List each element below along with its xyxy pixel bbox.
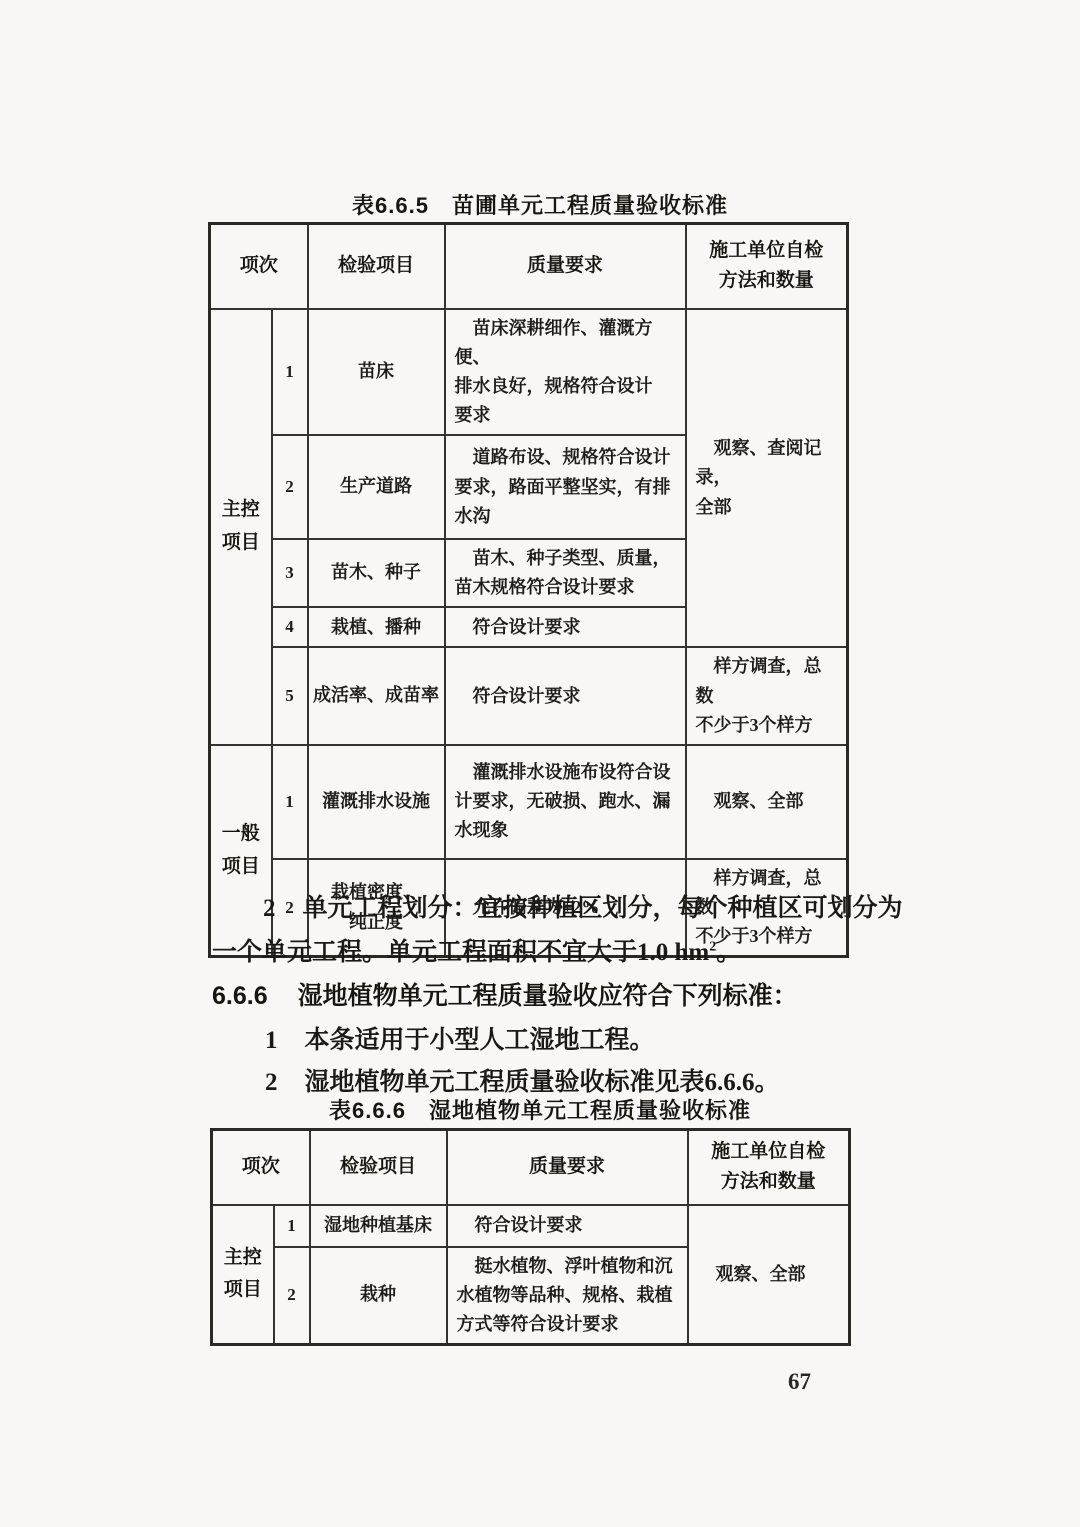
group-label-cell-main: 主控 项目 bbox=[212, 1205, 274, 1345]
clause-number: 6.6.6 bbox=[212, 982, 268, 1010]
header-cell-quality: 质量要求 bbox=[445, 224, 686, 309]
clause-6-6-6-heading: 6.6.6湿地植物单元工程质量验收应符合下列标准： bbox=[212, 981, 798, 1012]
row-number-cell: 2 bbox=[274, 1247, 310, 1345]
paragraph-unit-division-line2: 一个单元工程。单元工程面积不宜大于1.0 hm2。 bbox=[212, 937, 741, 968]
page-number: 67 bbox=[788, 1369, 811, 1395]
header-cell-method: 施工单位自检 方法和数量 bbox=[688, 1130, 850, 1205]
paragraph-text: 一个单元工程。单元工程面积不宜大于1.0 hm bbox=[212, 939, 709, 966]
inspection-item-cell: 成活率、成苗率 bbox=[308, 647, 445, 744]
header-cell-inspection: 检验项目 bbox=[310, 1130, 447, 1205]
clause-item-1: 1本条适用于小型人工湿地工程。 bbox=[265, 1025, 655, 1056]
inspection-item-cell: 苗床 bbox=[308, 309, 445, 436]
paragraph-text: 本条适用于小型人工湿地工程。 bbox=[305, 1027, 655, 1054]
quality-requirement-cell: 挺水植物、浮叶植物和沉 水植物等品种、规格、栽植 方式等符合设计要求 bbox=[447, 1247, 688, 1345]
quality-requirement-cell: 符合设计要求 bbox=[445, 607, 686, 647]
method-cell: 观察、全部 bbox=[686, 745, 848, 859]
quality-requirement-cell: 道路布设、规格符合设计 要求，路面平整坚实，有排 水沟 bbox=[445, 435, 686, 539]
table-6-6-5: 项次 检验项目 质量要求 施工单位自检 方法和数量 主控 项目 1 苗床 苗床深… bbox=[208, 222, 849, 958]
quality-requirement-cell: 灌溉排水设施布设符合设 计要求，无破损、跑水、漏 水现象 bbox=[445, 745, 686, 859]
group-label-line2: 项目 bbox=[215, 527, 267, 559]
header-method-line2: 方法和数量 bbox=[691, 266, 843, 296]
inspection-item-cell: 栽种 bbox=[310, 1247, 447, 1345]
row-number-cell: 1 bbox=[274, 1205, 310, 1247]
method-cell: 样方调查，总数 不少于3个样方 bbox=[686, 647, 848, 744]
quality-requirement-cell: 符合设计要求 bbox=[447, 1205, 688, 1247]
list-item-number: 2 bbox=[265, 1069, 278, 1096]
row-number-cell: 4 bbox=[272, 607, 308, 647]
row-number-cell: 1 bbox=[272, 309, 308, 436]
row-number-cell: 5 bbox=[272, 647, 308, 744]
list-item-number: 1 bbox=[265, 1027, 278, 1054]
group-label-line1: 一般 bbox=[215, 818, 267, 850]
header-cell-item-no: 项次 bbox=[212, 1130, 310, 1205]
inspection-item-cell: 湿地种植基床 bbox=[310, 1205, 447, 1247]
inspection-item-cell: 灌溉排水设施 bbox=[308, 745, 445, 859]
header-method-line1: 施工单位自检 bbox=[693, 1137, 845, 1167]
table-6-6-6: 项次 检验项目 质量要求 施工单位自检 方法和数量 主控 项目 1 湿地种植基床… bbox=[210, 1128, 851, 1346]
method-cell: 观察、全部 bbox=[688, 1205, 850, 1345]
quality-requirement-cell: 苗床深耕细作、灌溉方便、 排水良好，规格符合设计 要求 bbox=[445, 309, 686, 436]
row-number-cell: 3 bbox=[272, 539, 308, 607]
paragraph-text: 单元工程划分：宜按种植区划分，每个种植区可划分为 bbox=[303, 895, 903, 922]
group-label-cell-general: 一般 项目 bbox=[210, 745, 272, 957]
inspection-item-cell: 苗木、种子 bbox=[308, 539, 445, 607]
list-item-number: 2 bbox=[263, 895, 276, 922]
table-6-6-6-title: 表6.6.6 湿地植物单元工程质量验收标准 bbox=[0, 1094, 1080, 1125]
clause-text: 湿地植物单元工程质量验收应符合下列标准： bbox=[298, 982, 798, 1010]
header-cell-item-no: 项次 bbox=[210, 224, 308, 309]
quality-requirement-cell: 符合设计要求 bbox=[445, 647, 686, 744]
header-cell-inspection: 检验项目 bbox=[308, 224, 445, 309]
header-cell-quality: 质量要求 bbox=[447, 1130, 688, 1205]
group-label-line2: 项目 bbox=[215, 851, 267, 883]
row-number-cell: 2 bbox=[272, 435, 308, 539]
header-method-line2: 方法和数量 bbox=[693, 1167, 845, 1197]
table-6-6-5-title: 表6.6.5 苗圃单元工程质量验收标准 bbox=[0, 189, 1080, 220]
group-label-cell-main: 主控 项目 bbox=[210, 309, 272, 745]
header-method-line1: 施工单位自检 bbox=[691, 236, 843, 266]
group-label-line2: 项目 bbox=[217, 1274, 269, 1306]
group-label-line1: 主控 bbox=[217, 1242, 269, 1274]
quality-requirement-cell: 苗木、种子类型、质量， 苗木规格符合设计要求 bbox=[445, 539, 686, 607]
paragraph-unit-division-line1: 2单元工程划分：宜按种植区划分，每个种植区可划分为 bbox=[263, 893, 903, 924]
row-number-cell: 1 bbox=[272, 745, 308, 859]
inspection-item-cell: 栽植、播种 bbox=[308, 607, 445, 647]
method-cell: 观察、查阅记录， 全部 bbox=[686, 309, 848, 648]
inspection-item-cell: 生产道路 bbox=[308, 435, 445, 539]
group-label-line1: 主控 bbox=[215, 494, 267, 526]
header-cell-method: 施工单位自检 方法和数量 bbox=[686, 224, 848, 309]
paragraph-text: 湿地植物单元工程质量验收标准见表6.6.6。 bbox=[305, 1069, 780, 1096]
document-page: 表6.6.5 苗圃单元工程质量验收标准 项次 检验项目 质量要求 施工单位自检 … bbox=[0, 0, 1080, 1527]
paragraph-text: 。 bbox=[716, 939, 741, 966]
